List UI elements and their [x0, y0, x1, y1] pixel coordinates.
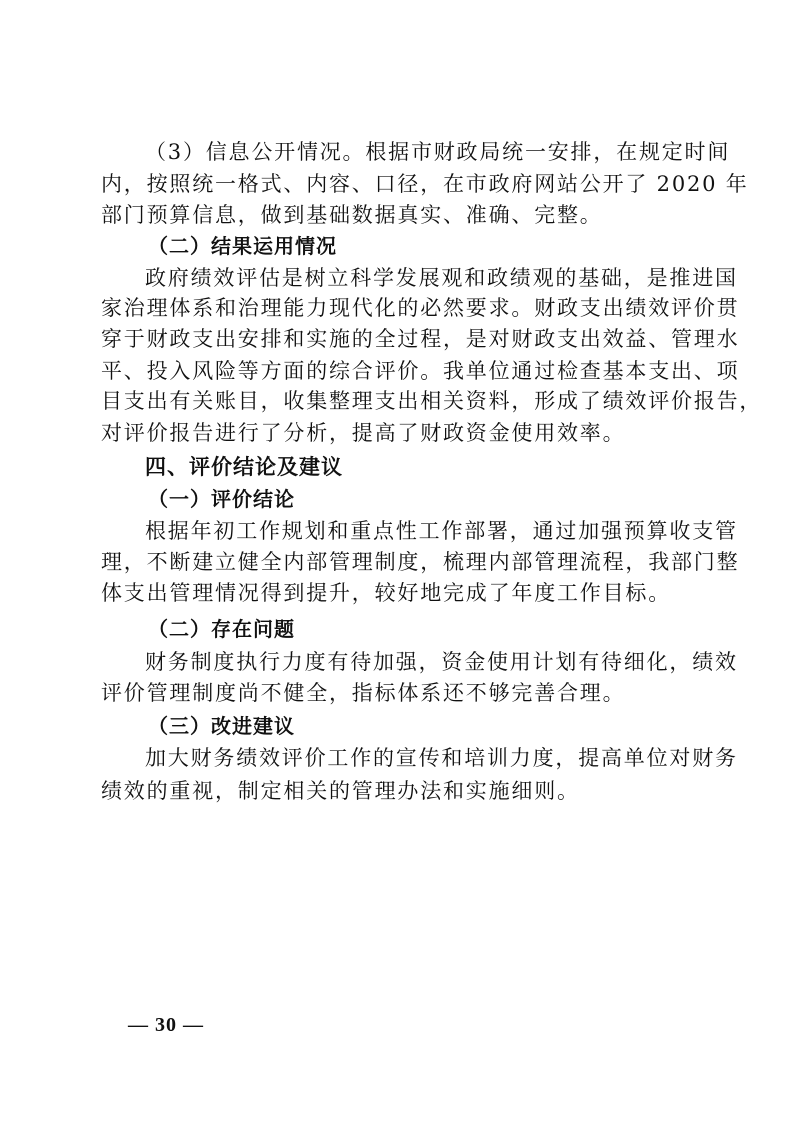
- paragraph-line: 理，不断建立健全内部管理制度，梳理内部管理流程，我部门整: [101, 547, 687, 577]
- page-number: — 30 —: [128, 1014, 204, 1037]
- heading-evaluation-conclusion: 四、评价结论及建议: [145, 452, 731, 482]
- subheading-conclusion: （一）评价结论: [148, 484, 734, 514]
- paragraph-line: 平、投入风险等方面的综合评价。我单位通过检查基本支出、项: [101, 356, 687, 386]
- paragraph-line: 部门预算信息，做到基础数据真实、准确、完整。: [101, 200, 687, 230]
- subheading-problems: （二）存在问题: [148, 614, 734, 644]
- paragraph-line: 穿于财政支出安排和实施的全过程，是对财政支出效益、管理水: [101, 324, 687, 354]
- paragraph-line: 评价管理制度尚不健全，指标体系还不够完善合理。: [101, 678, 687, 708]
- subheading-improvements: （三）改进建议: [148, 711, 734, 741]
- subheading-results-usage: （二）结果运用情况: [148, 231, 734, 261]
- paragraph-line: 目支出有关账目，收集整理支出相关资料，形成了绩效评价报告，: [101, 386, 687, 416]
- paragraph-line: 加大财务绩效评价工作的宣传和培训力度，提高单位对财务: [145, 743, 687, 773]
- paragraph-line: 对评价报告进行了分析，提高了财政资金使用效率。: [101, 418, 687, 448]
- paragraph-line: 内，按照统一格式、内容、口径，在市政府网站公开了 2020 年: [101, 169, 687, 199]
- paragraph-line: 体支出管理情况得到提升，较好地完成了年度工作目标。: [101, 578, 687, 608]
- paragraph-line: 财务制度执行力度有待加强，资金使用计划有待细化，绩效: [145, 647, 687, 677]
- paragraph-line: 家治理体系和治理能力现代化的必然要求。财政支出绩效评价贯: [101, 293, 687, 323]
- paragraph-line: （3）信息公开情况。根据市财政局统一安排，在规定时间: [145, 137, 687, 167]
- document-page: （3）信息公开情况。根据市财政局统一安排，在规定时间 内，按照统一格式、内容、口…: [0, 0, 793, 1122]
- paragraph-line: 政府绩效评估是树立科学发展观和政绩观的基础，是推进国: [145, 263, 687, 293]
- paragraph-line: 根据年初工作规划和重点性工作部署，通过加强预算收支管: [145, 516, 687, 546]
- paragraph-line: 绩效的重视，制定相关的管理办法和实施细则。: [101, 776, 687, 806]
